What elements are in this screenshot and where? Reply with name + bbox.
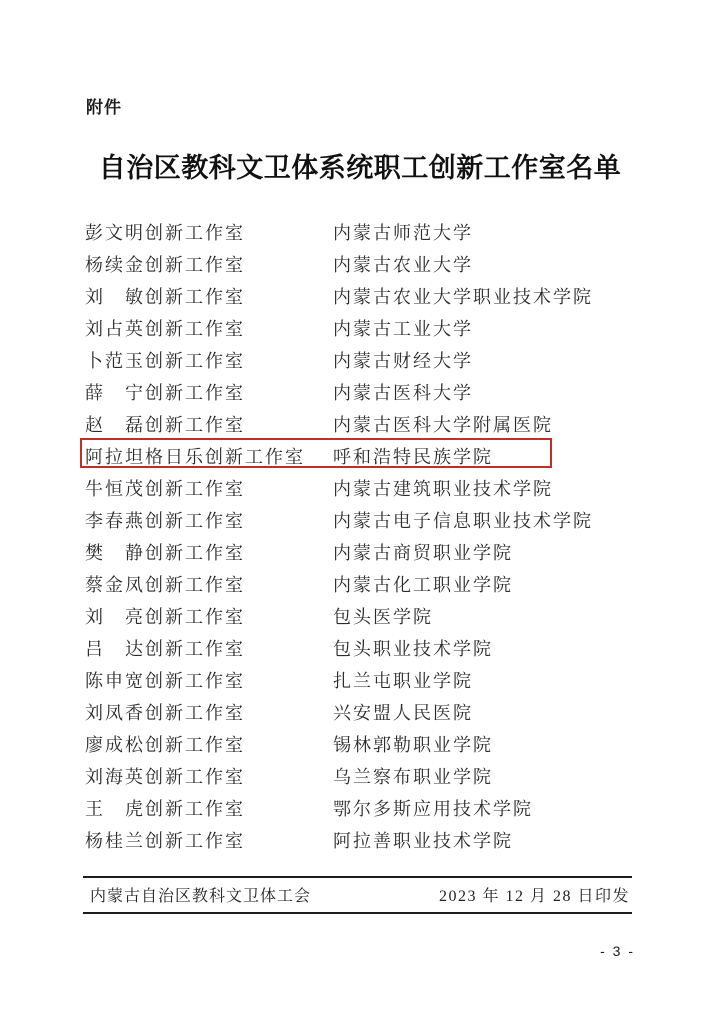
workshop-name: 李春燕创新工作室 [85, 507, 333, 533]
workshop-name: 薛 宁创新工作室 [85, 379, 333, 405]
institution-name: 阿拉善职业技术学院 [333, 827, 513, 853]
institution-name: 包头职业技术学院 [333, 635, 493, 661]
list-item: 李春燕创新工作室内蒙古电子信息职业技术学院 [85, 504, 645, 536]
list-item: 蔡金凤创新工作室内蒙古化工职业学院 [85, 568, 645, 600]
workshop-name: 蔡金凤创新工作室 [85, 571, 333, 597]
workshop-name: 陈申宽创新工作室 [85, 667, 333, 693]
list-item: 薛 宁创新工作室内蒙古医科大学 [85, 376, 645, 408]
page-title: 自治区教科文卫体系统职工创新工作室名单 [0, 146, 720, 185]
workshop-list: 彭文明创新工作室内蒙古师范大学 杨续金创新工作室内蒙古农业大学 刘 敏创新工作室… [85, 216, 645, 856]
workshop-name: 杨续金创新工作室 [85, 251, 333, 277]
list-item: 刘占英创新工作室内蒙古工业大学 [85, 312, 645, 344]
footer-rule-bottom [83, 912, 632, 914]
institution-name: 内蒙古医科大学附属医院 [333, 411, 553, 437]
workshop-name: 樊 静创新工作室 [85, 539, 333, 565]
list-item: 吕 达创新工作室包头职业技术学院 [85, 632, 645, 664]
document-page: 附件 自治区教科文卫体系统职工创新工作室名单 彭文明创新工作室内蒙古师范大学 杨… [0, 0, 720, 1018]
list-item: 杨桂兰创新工作室阿拉善职业技术学院 [85, 824, 645, 856]
institution-name: 鄂尔多斯应用技术学院 [333, 795, 533, 821]
workshop-name: 阿拉坦格日乐创新工作室 [85, 443, 333, 469]
workshop-name: 牛恒茂创新工作室 [85, 475, 333, 501]
workshop-name: 赵 磊创新工作室 [85, 411, 333, 437]
workshop-name: 廖成松创新工作室 [85, 731, 333, 757]
institution-name: 兴安盟人民医院 [333, 699, 473, 725]
institution-name: 内蒙古财经大学 [333, 347, 473, 373]
workshop-name: 彭文明创新工作室 [85, 219, 333, 245]
list-item: 廖成松创新工作室锡林郭勒职业学院 [85, 728, 645, 760]
workshop-name: 王 虎创新工作室 [85, 795, 333, 821]
workshop-name: 刘占英创新工作室 [85, 315, 333, 341]
workshop-name: 刘海英创新工作室 [85, 763, 333, 789]
list-item: 杨续金创新工作室内蒙古农业大学 [85, 248, 645, 280]
list-item: 王 虎创新工作室鄂尔多斯应用技术学院 [85, 792, 645, 824]
institution-name: 内蒙古电子信息职业技术学院 [333, 507, 593, 533]
institution-name: 锡林郭勒职业学院 [333, 731, 493, 757]
list-item: 刘 敏创新工作室内蒙古农业大学职业技术学院 [85, 280, 645, 312]
attachment-label: 附件 [86, 93, 122, 118]
workshop-name: 杨桂兰创新工作室 [85, 827, 333, 853]
institution-name: 内蒙古化工职业学院 [333, 571, 513, 597]
workshop-name: 刘 敏创新工作室 [85, 283, 333, 309]
list-item: 刘凤香创新工作室兴安盟人民医院 [85, 696, 645, 728]
list-item: 彭文明创新工作室内蒙古师范大学 [85, 216, 645, 248]
list-item: 樊 静创新工作室内蒙古商贸职业学院 [85, 536, 645, 568]
issuer-name: 内蒙古自治区教科文卫体工会 [90, 883, 311, 906]
institution-name: 乌兰察布职业学院 [333, 763, 493, 789]
list-item: 赵 磊创新工作室内蒙古医科大学附属医院 [85, 408, 645, 440]
workshop-name: 刘凤香创新工作室 [85, 699, 333, 725]
workshop-name: 吕 达创新工作室 [85, 635, 333, 661]
document-footer: 内蒙古自治区教科文卫体工会 2023 年 12 月 28 日印发 [90, 883, 630, 906]
institution-name: 扎兰屯职业学院 [333, 667, 473, 693]
institution-name: 内蒙古建筑职业技术学院 [333, 475, 553, 501]
list-item: 卜范玉创新工作室内蒙古财经大学 [85, 344, 645, 376]
institution-name: 内蒙古农业大学 [333, 251, 473, 277]
institution-name: 呼和浩特民族学院 [333, 443, 493, 469]
institution-name: 内蒙古师范大学 [333, 219, 473, 245]
institution-name: 内蒙古商贸职业学院 [333, 539, 513, 565]
institution-name: 包头医学院 [333, 603, 433, 629]
footer-rule-top [83, 876, 632, 878]
list-item: 刘海英创新工作室乌兰察布职业学院 [85, 760, 645, 792]
list-item: 刘 亮创新工作室包头医学院 [85, 600, 645, 632]
institution-name: 内蒙古农业大学职业技术学院 [333, 283, 593, 309]
institution-name: 内蒙古医科大学 [333, 379, 473, 405]
list-item-highlighted: 阿拉坦格日乐创新工作室呼和浩特民族学院 [85, 440, 645, 472]
print-date: 2023 年 12 月 28 日印发 [439, 883, 630, 906]
list-item: 牛恒茂创新工作室内蒙古建筑职业技术学院 [85, 472, 645, 504]
list-item: 陈申宽创新工作室扎兰屯职业学院 [85, 664, 645, 696]
workshop-name: 刘 亮创新工作室 [85, 603, 333, 629]
workshop-name: 卜范玉创新工作室 [85, 347, 333, 373]
page-number: - 3 - [600, 943, 635, 959]
institution-name: 内蒙古工业大学 [333, 315, 473, 341]
